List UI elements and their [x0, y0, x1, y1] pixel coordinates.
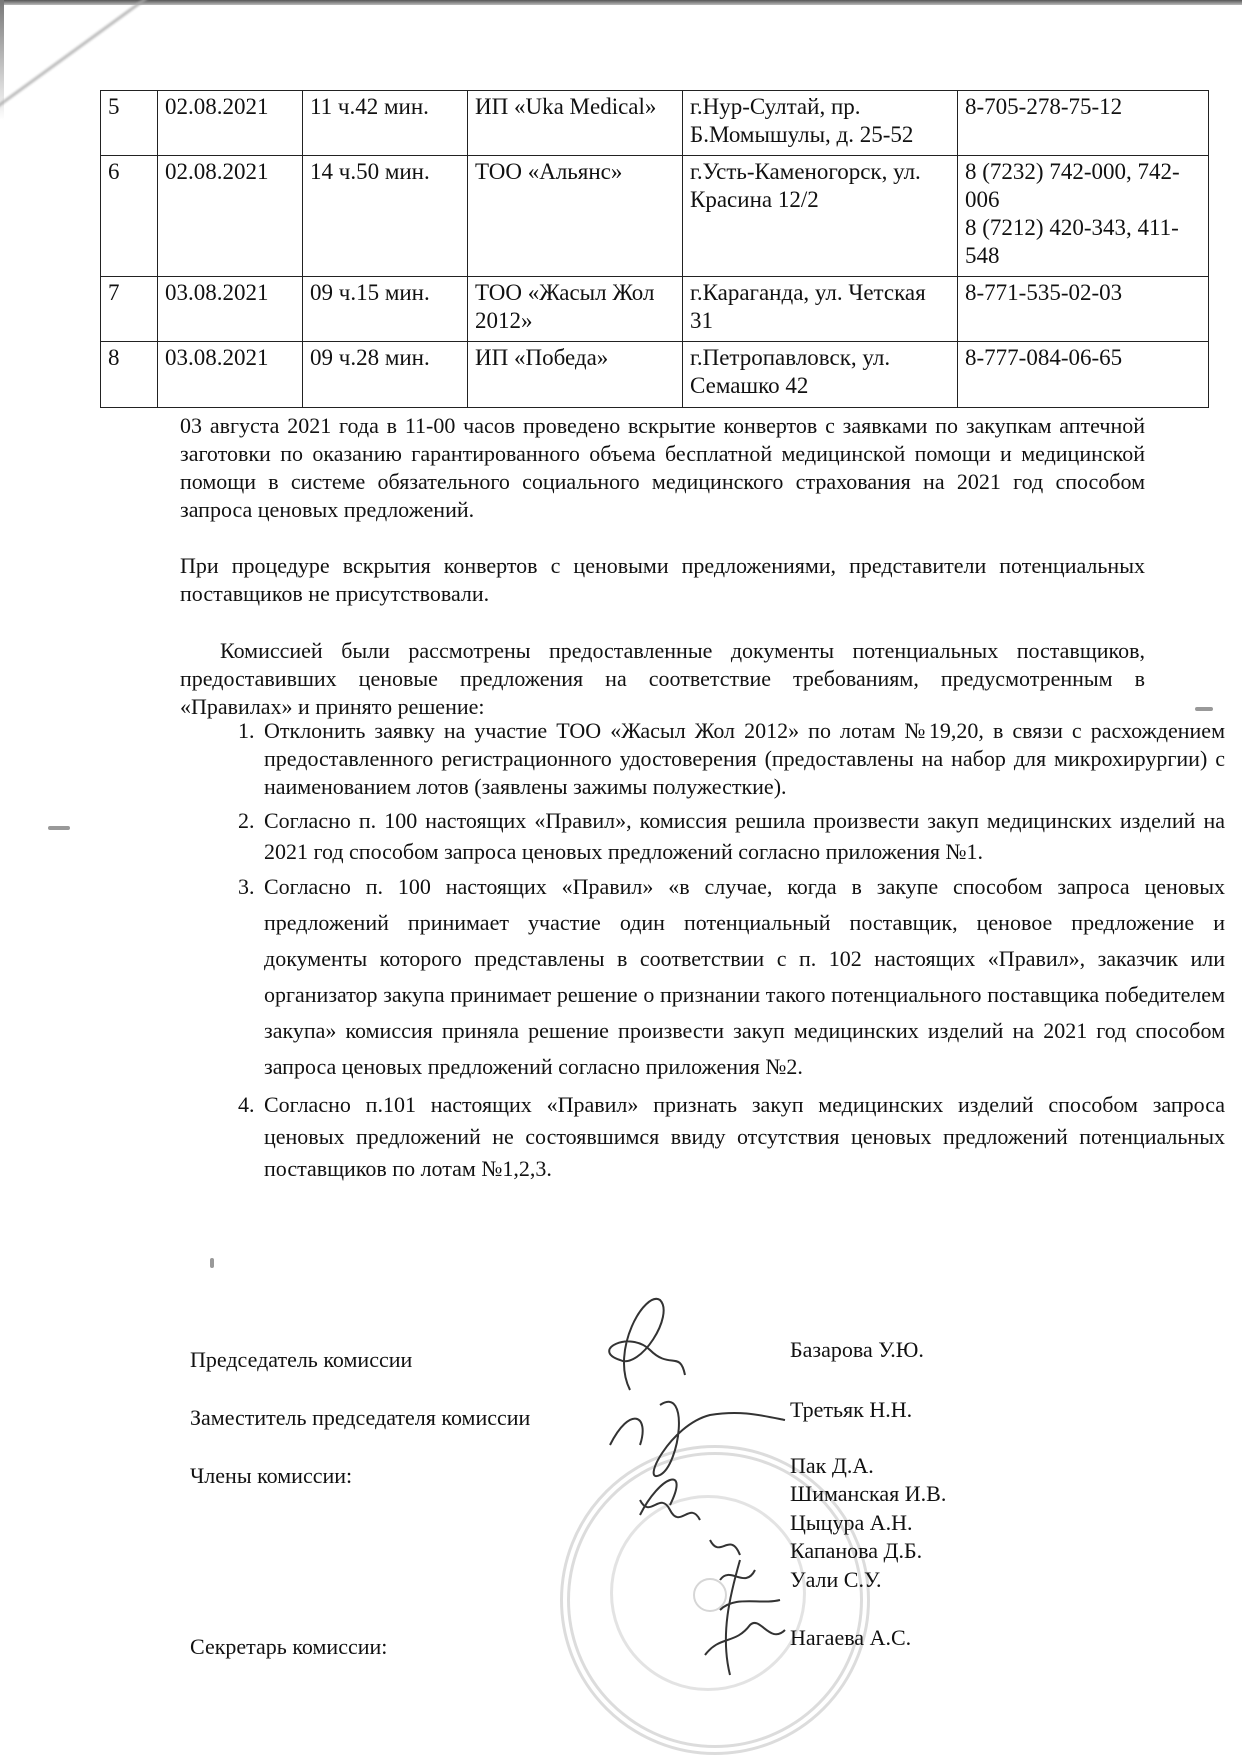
supplier-phone: 8-777-084-06-65 — [958, 342, 1209, 408]
decision-item: Согласно п. 100 настоящих «Правил», коми… — [260, 805, 1225, 867]
secretary-signature — [700, 1555, 790, 1685]
row-number: 7 — [101, 277, 158, 342]
supplier-name: ИП «Победа» — [468, 342, 683, 408]
deputy-label: Заместитель председателя комиссии — [190, 1404, 530, 1432]
attendance-paragraph: При процедуре вскрытия конвертов с ценов… — [180, 552, 1145, 608]
supplier-address: г.Нур-Султай, пр. Б.Момышулы, д. 25-52 — [683, 91, 958, 156]
table-row: 5 02.08.2021 11 ч.42 мин. ИП «Uka Medica… — [101, 91, 1209, 156]
decision-item: Согласно п. 100 настоящих «Правил» «в сл… — [260, 869, 1225, 1085]
decisions-list: Отклонить заявку на участие ТОО «Жасыл Ж… — [180, 717, 1225, 1185]
submission-time: 14 ч.50 мин. — [303, 156, 468, 277]
scan-speck — [210, 1258, 214, 1268]
member-name: Капанова Д.Б. — [790, 1537, 922, 1565]
suppliers-table: 5 02.08.2021 11 ч.42 мин. ИП «Uka Medica… — [100, 90, 1209, 408]
decision-item: Согласно п.101 настоящих «Правил» призна… — [260, 1089, 1225, 1185]
review-paragraph: Комиссией были рассмотрены предоставленн… — [180, 637, 1145, 721]
decision-item: Отклонить заявку на участие ТОО «Жасыл Ж… — [260, 717, 1225, 801]
supplier-address: г.Усть-Каменогорск, ул. Красина 12/2 — [683, 156, 958, 277]
row-number: 6 — [101, 156, 158, 277]
submission-time: 09 ч.28 мин. — [303, 342, 468, 408]
deputy-name: Третьяк Н.Н. — [790, 1396, 912, 1424]
chair-name: Базарова У.Ю. — [790, 1336, 924, 1364]
supplier-name: ТОО «Альянс» — [468, 156, 683, 277]
table-row: 6 02.08.2021 14 ч.50 мин. ТОО «Альянс» г… — [101, 156, 1209, 277]
supplier-address: г.Петропавловск, ул. Семашко 42 — [683, 342, 958, 408]
supplier-phone: 8-705-278-75-12 — [958, 91, 1209, 156]
row-number: 5 — [101, 91, 158, 156]
supplier-phone: 8-771-535-02-03 — [958, 277, 1209, 342]
members-label: Члены комиссии: — [190, 1462, 352, 1490]
scan-edge — [0, 0, 1242, 5]
scan-speck — [48, 826, 70, 830]
supplier-phone: 8 (7232) 742-000, 742-006 8 (7212) 420-3… — [958, 156, 1209, 277]
submission-date: 02.08.2021 — [158, 91, 303, 156]
submission-date: 02.08.2021 — [158, 156, 303, 277]
secretary-name: Нагаева А.С. — [790, 1624, 911, 1652]
table-row: 8 03.08.2021 09 ч.28 мин. ИП «Победа» г.… — [101, 342, 1209, 408]
supplier-name: ИП «Uka Medical» — [468, 91, 683, 156]
submission-time: 11 ч.42 мин. — [303, 91, 468, 156]
supplier-address: г.Караганда, ул. Четская 31 — [683, 277, 958, 342]
row-number: 8 — [101, 342, 158, 408]
scan-speck — [1195, 707, 1213, 711]
member-name: Уали С.У. — [790, 1566, 881, 1594]
member-name: Пак Д.А. — [790, 1452, 874, 1480]
table-row: 7 03.08.2021 09 ч.15 мин. ТОО «Жасыл Жол… — [101, 277, 1209, 342]
chair-signature — [590, 1290, 700, 1400]
secretary-label: Секретарь комиссии: — [190, 1633, 387, 1661]
submission-date: 03.08.2021 — [158, 277, 303, 342]
submission-time: 09 ч.15 мин. — [303, 277, 468, 342]
member-name: Шиманская И.В. — [790, 1480, 946, 1508]
chair-label: Председатель комиссии — [190, 1346, 412, 1374]
supplier-name: ТОО «Жасыл Жол 2012» — [468, 277, 683, 342]
member-name: Цыцура А.Н. — [790, 1509, 912, 1537]
opening-paragraph: 03 августа 2021 года в 11-00 часов прове… — [180, 412, 1145, 524]
submission-date: 03.08.2021 — [158, 342, 303, 408]
